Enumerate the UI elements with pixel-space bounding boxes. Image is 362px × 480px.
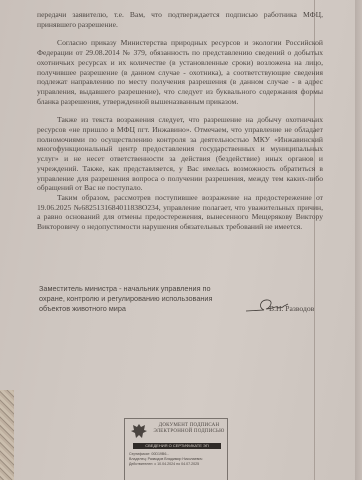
letter-body: передачи заявителю, т.е. Вам, что подтве… <box>37 10 323 232</box>
certificate-validity: Действителен: с 10.04.2024 по 04.07.2025 <box>129 462 225 467</box>
electronic-signature-stamp: ДОКУМЕНТ ПОДПИСАН ЭЛЕКТРОННОЙ ПОДПИСЬЮ С… <box>124 418 228 480</box>
signature-block: Заместитель министра - начальник управле… <box>39 284 329 314</box>
stamp-header: ДОКУМЕНТ ПОДПИСАН ЭЛЕКТРОННОЙ ПОДПИСЬЮ <box>153 423 225 435</box>
paragraph-mfc: Также из текста возражения следует, что … <box>37 115 323 193</box>
signatory-title: Заместитель министра - начальник управле… <box>39 284 219 314</box>
paragraph-order-379: Согласно приказу Министерства природных … <box>37 38 323 106</box>
double-headed-eagle-emblem-icon <box>129 422 149 440</box>
page-edge-shadow <box>355 0 362 480</box>
document-page: передачи заявителю, т.е. Вам, что подтве… <box>0 0 362 480</box>
table-surface-edge <box>0 390 14 480</box>
stamp-certificate-info: Сертификат: 00D19B6... Владелец: Разводо… <box>129 452 225 467</box>
signatory-name: В.Н. Разводов <box>269 304 314 314</box>
stamp-certificate-bar: СВЕДЕНИЯ О СЕРТИФИКАТЕ ЭП <box>133 443 221 449</box>
paragraph-continuation: передачи заявителю, т.е. Вам, что подтве… <box>37 10 323 29</box>
paragraph-conclusion: Таким образом, рассмотрев поступившее во… <box>37 193 323 232</box>
